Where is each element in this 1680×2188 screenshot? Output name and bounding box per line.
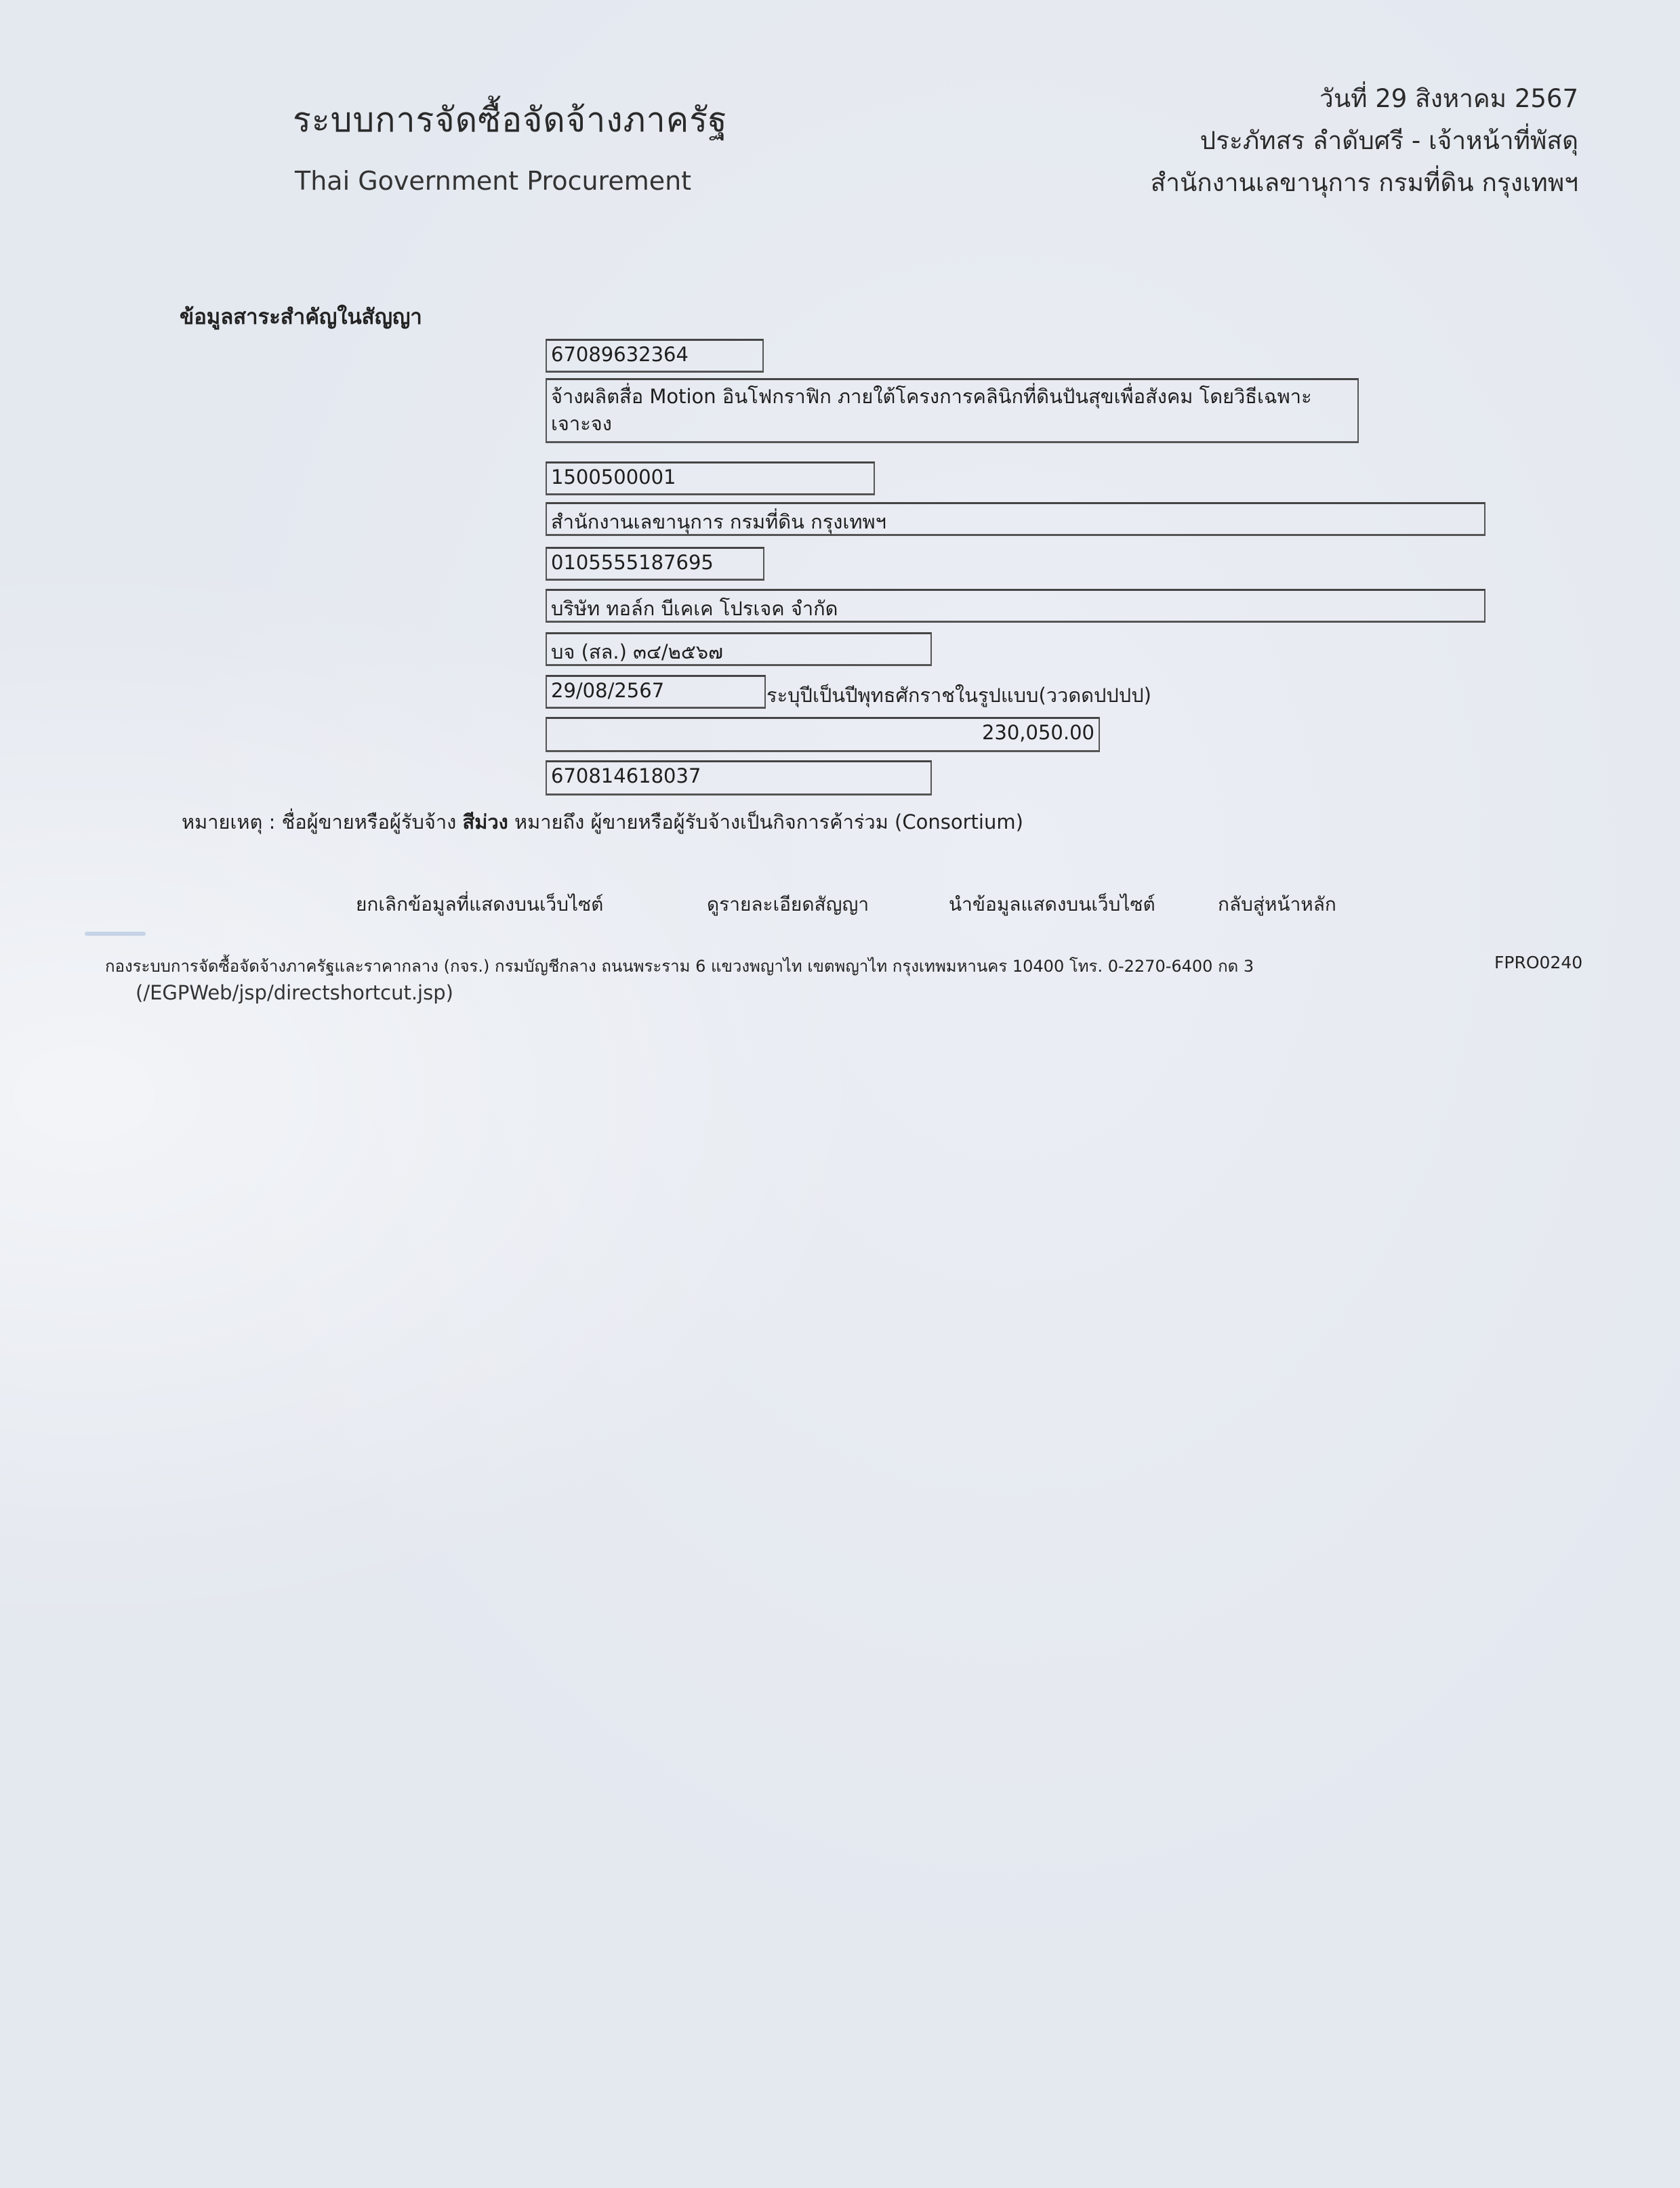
contract-date-field[interactable]: 29/08/2567 xyxy=(546,675,766,709)
remark-suffix: หมายถึง ผู้ขายหรือผู้รับจ้างเป็นกิจการค้… xyxy=(514,810,1023,833)
section-title: ข้อมูลสาระสำคัญในสัญญา xyxy=(180,300,422,333)
back-to-home-button[interactable]: กลับสู่หน้าหลัก xyxy=(1218,890,1336,920)
cancel-display-button[interactable]: ยกเลิกข้อมูลที่แสดงบนเว็บไซต์ xyxy=(356,890,603,920)
date-format-hint: ระบุปีเป็นปีพุทธศักราชในรูปแบบ(ววดดปปปป) xyxy=(766,680,1151,711)
tax-id-field[interactable]: 0105555187695 xyxy=(546,547,764,581)
scan-smudge xyxy=(85,932,146,936)
department-code-field[interactable]: 1500500001 xyxy=(546,461,875,495)
project-number-field[interactable]: 67089632364 xyxy=(546,339,764,373)
current-date: วันที่ 29 สิงหาคม 2567 xyxy=(1151,78,1578,120)
project-name-field[interactable]: จ้างผลิตสื่อ Motion อินโฟกราฟิก ภายใต้โค… xyxy=(546,378,1359,443)
remark-purple-label: สีม่วง xyxy=(463,810,508,833)
system-title-english: Thai Government Procurement xyxy=(295,166,691,196)
user-info: วันที่ 29 สิงหาคม 2567 ประภัทสร ลำดับศรี… xyxy=(1151,78,1578,204)
user-name-role: ประภัทสร ลำดับศรี - เจ้าหน้าที่พัสดุ xyxy=(1151,120,1578,162)
view-contract-details-button[interactable]: ดูรายละเอียดสัญญา xyxy=(707,890,869,920)
consortium-remark: หมายเหตุ : ชื่อผู้ขายหรือผู้รับจ้าง สีม่… xyxy=(182,806,1023,838)
contract-number-field[interactable]: บจ (สล.) ๓๔/๒๕๖๗ xyxy=(546,632,932,666)
egp-number-field[interactable]: 670814618037 xyxy=(546,760,932,796)
amount-field[interactable]: 230,050.00 xyxy=(546,717,1100,752)
footer-page-path: (/EGPWeb/jsp/directshortcut.jsp) xyxy=(136,981,453,1004)
bidder-name-field[interactable]: บริษัท ทอล์ก บีเคเค โปรเจค จำกัด xyxy=(546,589,1486,623)
publish-to-website-button[interactable]: นำข้อมูลแสดงบนเว็บไซต์ xyxy=(949,890,1155,920)
user-office: สำนักงานเลขานุการ กรมที่ดิน กรุงเทพฯ xyxy=(1151,162,1578,204)
footer-address: กองระบบการจัดซื้อจัดจ้างภาครัฐและราคากลา… xyxy=(105,953,1254,979)
system-title-thai: ระบบการจัดซื้อจัดจ้างภาครัฐ xyxy=(293,94,728,147)
footer-page-code: FPRO0240 xyxy=(1494,953,1582,972)
remark-prefix: หมายเหตุ : ชื่อผู้ขายหรือผู้รับจ้าง xyxy=(182,810,456,833)
department-name-field[interactable]: สำนักงานเลขานุการ กรมที่ดิน กรุงเทพฯ xyxy=(546,502,1486,536)
